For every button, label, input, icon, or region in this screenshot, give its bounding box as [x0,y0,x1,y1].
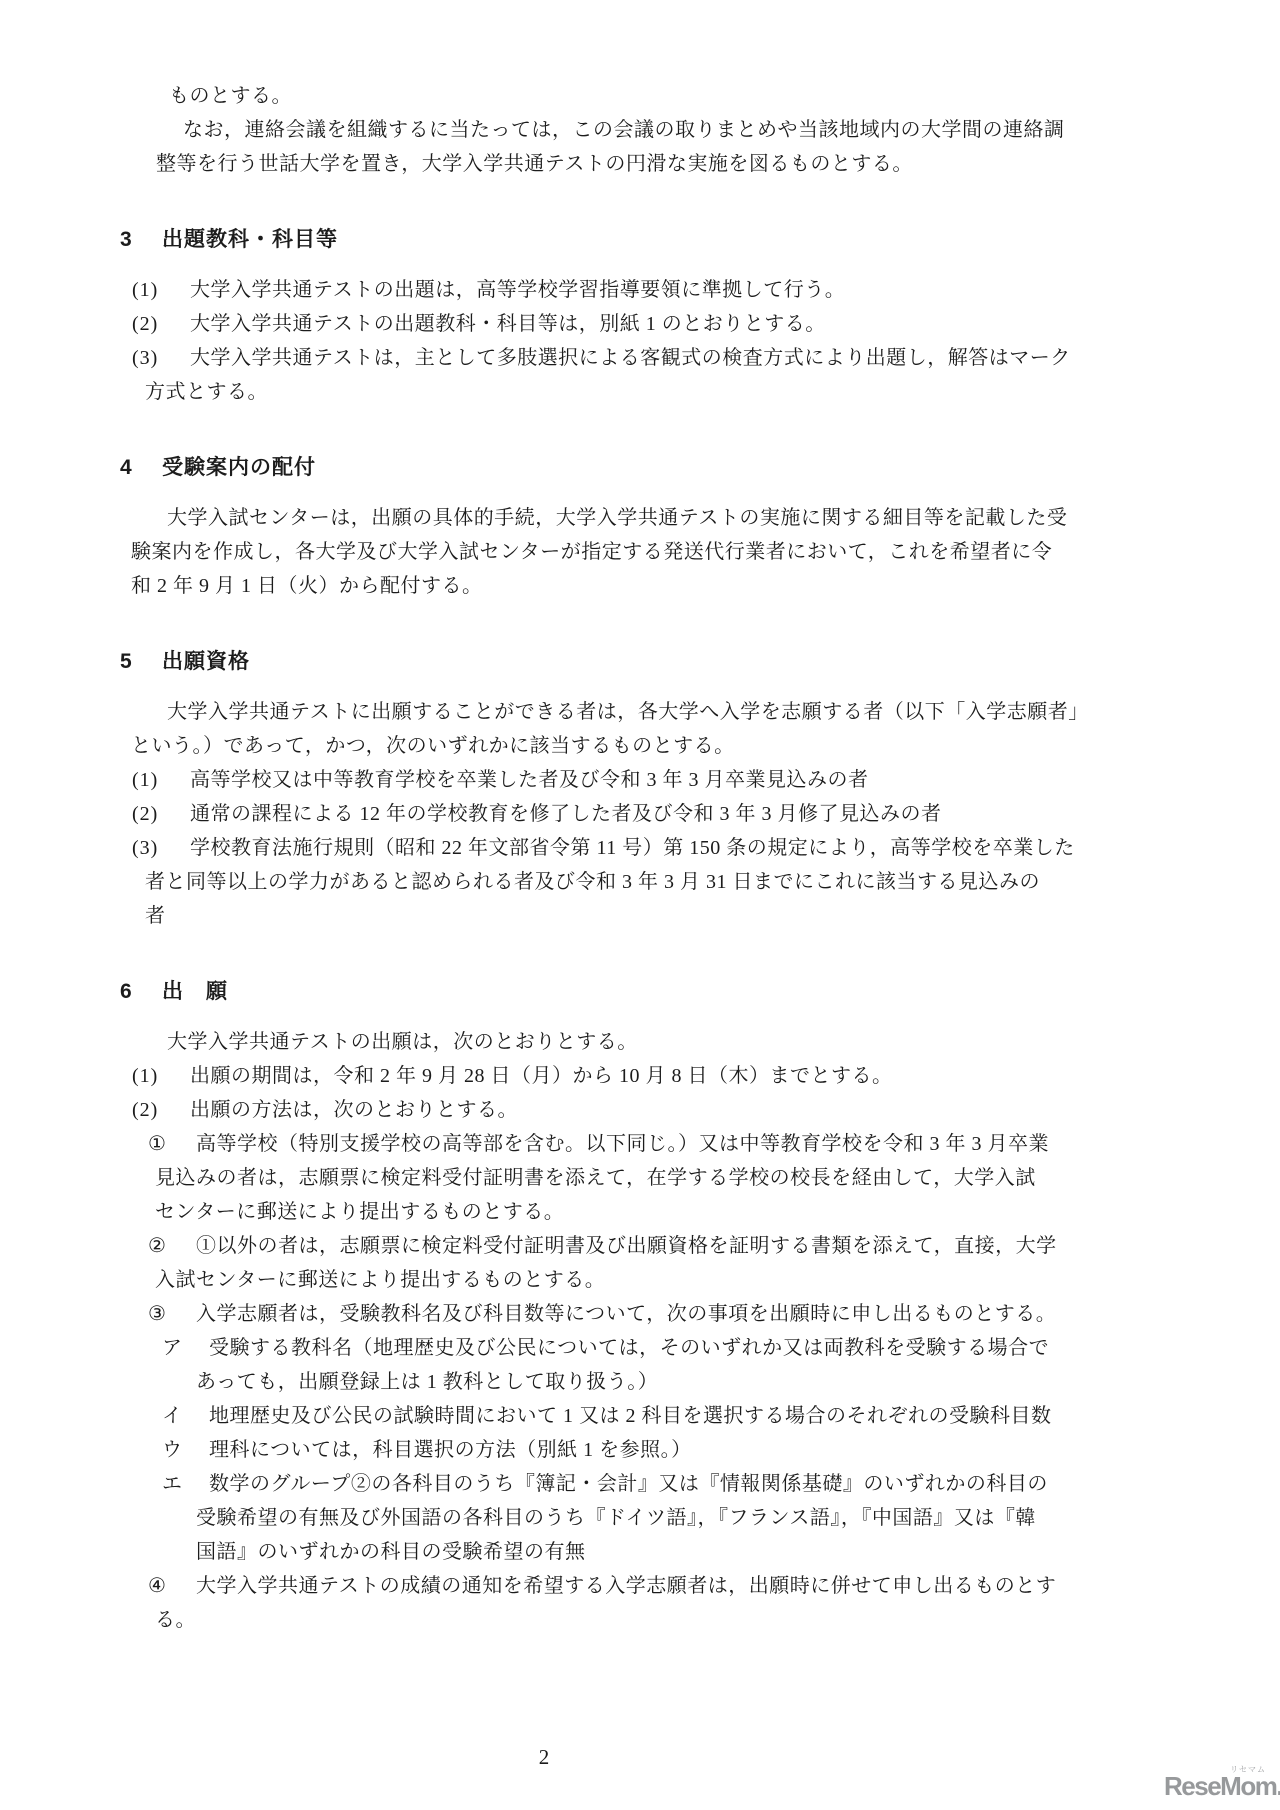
list-marker: ウ [162,1433,209,1467]
section-title: 受験案内の配付 [162,456,316,479]
page-number: 2 [531,1745,557,1770]
document-text-line: (3)大学入学共通テストは，主として多肢選択による客観式の検査方式により出題し，… [0,341,1280,375]
document-text-line: 大学入学共通テストの出願は，次のとおりとする。 [0,1025,1280,1059]
line-text: 受験する教科名（地理歴史及び公民については，そのいずれか又は両教科を受験する場合… [209,1337,1049,1359]
document-text-line: (3)学校教育法施行規則（昭和 22 年文部省令第 11 号）第 150 条の規… [0,831,1280,865]
line-text: 入学志願者は，受験教科名及び科目数等について，次の事項を出願時に申し出るものとす… [196,1303,1056,1325]
document-text-line: 大学入試センターは，出願の具体的手続，大学入学共通テストの実施に関する細目等を記… [0,501,1280,535]
list-marker: ③ [148,1297,196,1331]
document-text-line: という。）であって，かつ，次のいずれかに該当するものとする。 [0,729,1280,763]
document-text-line: (1)高等学校又は中等教育学校を卒業した者及び令和 3 年 3 月卒業見込みの者 [0,763,1280,797]
list-marker: (2) [132,1093,190,1127]
document-text-line: (1)大学入学共通テストの出題は，高等学校学習指導要領に準拠して行う。 [0,273,1280,307]
list-marker: ア [162,1331,209,1365]
document-text-line: (2)通常の課程による 12 年の学校教育を修了した者及び令和 3 年 3 月修… [0,797,1280,831]
line-text: 高等学校（特別支援学校の高等部を含む。以下同じ。）又は中等教育学校を令和 3 年… [196,1133,1049,1155]
section-number: 5 [120,645,162,679]
line-text: 大学入学共通テストは，主として多肢選択による客観式の検査方式により出題し，解答は… [190,347,1071,369]
line-text: 数学のグループ②の各科目のうち『簿記・会計』又は『情報関係基礎』のいずれかの科目… [209,1473,1048,1495]
document-text-line: 和 2 年 9 月 1 日（火）から配付する。 [0,569,1280,603]
list-marker: (1) [132,1059,190,1093]
document-text-line: 国語』のいずれかの科目の受験希望の有無 [0,1535,1280,1569]
document-text-line: ②①以外の者は，志願票に検定料受付証明書及び出願資格を証明する書類を添えて，直接… [0,1229,1280,1263]
document-text-line: 入試センターに郵送により提出するものとする。 [0,1263,1280,1297]
document-text-line: 整等を行う世話大学を置き，大学入学共通テストの円滑な実施を図るものとする。 [0,147,1280,181]
document-text-line: (1)出願の期間は，令和 2 年 9 月 28 日（月）から 10 月 8 日（… [0,1059,1280,1093]
resemom-wordmark: ReseMom. [1164,1771,1280,1802]
document-text-line: なお，連絡会議を組織するに当たっては，この会議の取りまとめや当該地域内の大学間の… [0,113,1280,147]
document-text-line: 方式とする。 [0,375,1280,409]
list-marker: ② [148,1229,196,1263]
line-text: 地理歴史及び公民の試験時間において 1 又は 2 科目を選択する場合のそれぞれの… [209,1405,1052,1427]
document-text-line: ものとする。 [0,79,1280,113]
document-text-line: エ数学のグループ②の各科目のうち『簿記・会計』又は『情報関係基礎』のいずれかの科… [0,1467,1280,1501]
line-text: 大学入学共通テストの出題教科・科目等は，別紙 1 のとおりとする。 [190,313,826,335]
line-text: 出願の方法は，次のとおりとする。 [190,1099,518,1121]
document-page: ものとする。なお，連絡会議を組織するに当たっては，この会議の取りまとめや当該地域… [0,0,1280,1810]
document-text-line: (2)大学入学共通テストの出題教科・科目等は，別紙 1 のとおりとする。 [0,307,1280,341]
line-text: 高等学校又は中等教育学校を卒業した者及び令和 3 年 3 月卒業見込みの者 [190,769,869,791]
list-marker: ① [148,1127,196,1161]
document-content: ものとする。なお，連絡会議を組織するに当たっては，この会議の取りまとめや当該地域… [0,79,1280,1637]
section-heading: 3出題教科・科目等 [0,223,1280,257]
document-text-line: 受験希望の有無及び外国語の各科目のうち『ドイツ語』，『フランス語』，『中国語』又… [0,1501,1280,1535]
line-text: 出願の期間は，令和 2 年 9 月 28 日（月）から 10 月 8 日（木）ま… [190,1065,893,1087]
document-text-line: ③入学志願者は，受験教科名及び科目数等について，次の事項を出願時に申し出るものと… [0,1297,1280,1331]
list-marker: (3) [132,341,190,375]
list-marker: (1) [132,273,190,307]
document-text-line: あっても，出願登録上は 1 教科として取り扱う。） [0,1365,1280,1399]
section-number: 6 [120,975,162,1009]
document-text-line: 者 [0,899,1280,933]
list-marker: ④ [148,1569,196,1603]
list-marker: (2) [132,797,190,831]
line-text: ①以外の者は，志願票に検定料受付証明書及び出願資格を証明する書類を添えて，直接，… [196,1235,1057,1257]
document-text-line: 見込みの者は，志願票に検定料受付証明書を添えて，在学する学校の校長を経由して，大… [0,1161,1280,1195]
list-marker: (3) [132,831,190,865]
document-text-line: イ地理歴史及び公民の試験時間において 1 又は 2 科目を選択する場合のそれぞれ… [0,1399,1280,1433]
document-text-line: (2)出願の方法は，次のとおりとする。 [0,1093,1280,1127]
document-text-line: ウ理科については，科目選択の方法（別紙 1 を参照。） [0,1433,1280,1467]
section-heading: 6出 願 [0,975,1280,1009]
section-title: 出願資格 [162,650,250,673]
list-marker: エ [162,1467,209,1501]
line-text: 大学入学共通テストの出題は，高等学校学習指導要領に準拠して行う。 [190,279,845,301]
list-marker: (1) [132,763,190,797]
section-title: 出 願 [162,980,228,1003]
line-text: 学校教育法施行規則（昭和 22 年文部省令第 11 号）第 150 条の規定によ… [190,837,1075,859]
document-text-line: ④大学入学共通テストの成績の通知を希望する入学志願者は，出願時に併せて申し出るも… [0,1569,1280,1603]
section-heading: 5出願資格 [0,645,1280,679]
document-text-line: ア受験する教科名（地理歴史及び公民については，そのいずれか又は両教科を受験する場… [0,1331,1280,1365]
document-text-line: る。 [0,1603,1280,1637]
line-text: 通常の課程による 12 年の学校教育を修了した者及び令和 3 年 3 月修了見込… [190,803,942,825]
line-text: 大学入学共通テストの成績の通知を希望する入学志願者は，出願時に併せて申し出るもの… [196,1575,1056,1597]
document-text-line: 者と同等以上の学力があると認められる者及び令和 3 年 3 月 31 日までにこ… [0,865,1280,899]
document-text-line: 大学入学共通テストに出願することができる者は，各大学へ入学を志願する者（以下「入… [0,695,1280,729]
section-title: 出題教科・科目等 [162,228,338,251]
list-marker: (2) [132,307,190,341]
line-text: 理科については，科目選択の方法（別紙 1 を参照。） [209,1439,692,1461]
resemom-logo: リセマム ReseMom. [1164,1764,1278,1802]
section-number: 3 [120,223,162,257]
document-text-line: センターに郵送により提出するものとする。 [0,1195,1280,1229]
document-text-line: ①高等学校（特別支援学校の高等部を含む。以下同じ。）又は中等教育学校を令和 3 … [0,1127,1280,1161]
section-heading: 4受験案内の配付 [0,451,1280,485]
section-number: 4 [120,451,162,485]
document-text-line: 験案内を作成し，各大学及び大学入試センターが指定する発送代行業者において，これを… [0,535,1280,569]
list-marker: イ [162,1399,209,1433]
